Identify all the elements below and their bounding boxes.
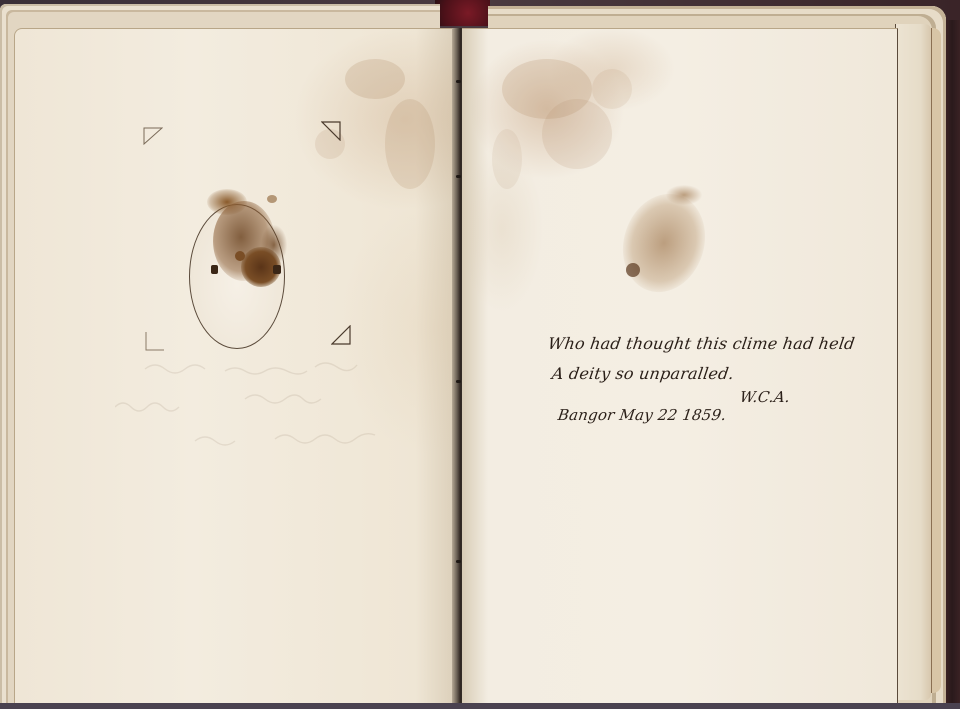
offset-stain: [626, 263, 640, 277]
binding-stitch: [456, 80, 461, 83]
stain: [235, 251, 245, 261]
inscription-line-1: Who had thought this clime had held: [547, 334, 856, 353]
foxing: [592, 69, 632, 109]
foxing: [345, 59, 405, 99]
inscription-signature: W.C.A.: [739, 388, 792, 406]
foxing: [542, 99, 612, 169]
foxing: [385, 99, 435, 189]
offset-stain: [611, 183, 718, 303]
photo-slot: [273, 265, 281, 274]
offset-stain: [666, 185, 702, 205]
inscription-place-date: Bangor May 22 1859.: [557, 406, 728, 424]
corner-slit-icon: [331, 325, 351, 345]
binding-stitch: [456, 380, 461, 383]
photo-slot: [211, 265, 218, 274]
spine-binding: [435, 0, 490, 26]
stain: [267, 195, 277, 203]
corner-slit-icon: [321, 121, 341, 141]
corner-slit-icon: [145, 331, 165, 351]
corner-slit-icon: [143, 127, 163, 147]
left-page: [14, 28, 460, 703]
album-scene: Who had thought this clime had held A de…: [0, 0, 960, 709]
right-leaf-edge-outer: [931, 28, 941, 693]
bleed-through-strokes: [115, 349, 385, 459]
stain: [261, 225, 287, 265]
foxing: [492, 129, 522, 189]
binding-stitch: [456, 560, 461, 563]
binding-stitch: [456, 175, 461, 178]
bottom-edge: [0, 703, 960, 709]
right-leaf-edge: [895, 24, 931, 700]
inscription-line-2: A deity so unparalled.: [551, 364, 736, 383]
